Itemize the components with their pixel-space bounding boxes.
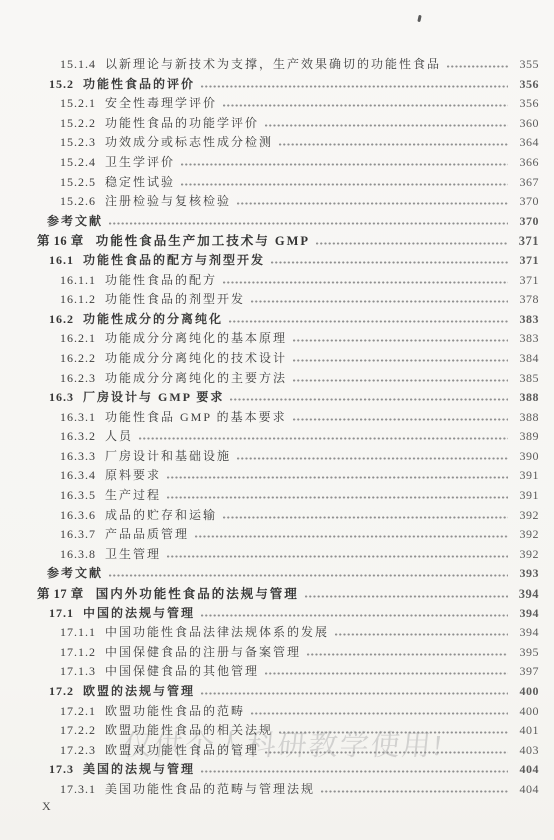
toc-entry: 15.2.4 卫生学评价 366 (0, 153, 554, 173)
dot-leader (265, 672, 508, 675)
toc-entry: 参考文献 370 (0, 212, 554, 232)
entry-number: 16.3.2 (60, 429, 96, 444)
entry-title: 功能成分分离纯化的技术设计 (105, 349, 287, 366)
dot-leader (109, 574, 508, 577)
entry-title: 功效成分或标志性成分检测 (105, 133, 273, 150)
footer-page-number: X (42, 799, 51, 814)
dot-leader (279, 731, 508, 734)
toc-entry: 15.2.6 注册检验与复核检验 370 (0, 192, 554, 212)
entry-page-number: 391 (513, 488, 539, 503)
entry-number: 15.2.3 (60, 135, 96, 150)
dot-leader (293, 359, 508, 362)
entry-number: 16.3.1 (60, 410, 96, 425)
entry-page-number: 392 (513, 508, 539, 523)
entry-number: 第 16 章 (37, 231, 84, 249)
dot-leader (195, 535, 508, 538)
toc-entry: 17.3 美国的法规与管理 404 (0, 760, 554, 780)
entry-number: 16.2.1 (60, 331, 96, 346)
entry-page-number: 404 (513, 762, 539, 777)
entry-title: 参考文献 (47, 212, 103, 229)
entry-number: 17.2.2 (60, 723, 96, 738)
dot-leader (223, 516, 508, 519)
entry-page-number: 392 (513, 547, 539, 562)
dot-leader (167, 555, 508, 558)
entry-number: 16.2.3 (60, 371, 96, 386)
entry-title: 美国功能性食品的范畴与管理法规 (105, 780, 315, 797)
entry-title: 国内外功能性食品的法规与管理 (96, 584, 299, 602)
dot-leader (181, 183, 508, 186)
dot-leader (293, 379, 508, 382)
entry-number: 16.1.2 (60, 292, 96, 307)
toc-entry: 16.2 功能性成分的分离纯化 383 (0, 310, 554, 330)
entry-page-number: 390 (513, 449, 539, 464)
entry-title: 功能性食品的配方与剂型开发 (83, 251, 265, 268)
entry-title: 功能性食品 GMP 的基本要求 (105, 408, 287, 425)
scan-artifact (417, 15, 421, 22)
toc-entry: 17.1.2 中国保健食品的注册与备案管理 395 (0, 643, 554, 663)
entry-number: 15.2 (49, 77, 74, 92)
toc-entry: 17.2.1 欧盟功能性食品的范畴 400 (0, 702, 554, 722)
toc-entry: 15.2.3 功效成分或标志性成分检测 364 (0, 133, 554, 153)
entry-page-number: 355 (513, 57, 539, 72)
entry-number: 16.1 (49, 253, 74, 268)
entry-title: 功能性食品的功能学评价 (105, 114, 259, 131)
entry-title: 产品品质管理 (105, 525, 189, 542)
dot-leader (223, 281, 508, 284)
dot-leader (181, 163, 508, 166)
toc-entry: 16.2.1 功能成分分离纯化的基本原理 383 (0, 329, 554, 349)
toc-entry: 第 16 章 功能性食品生产加工技术与 GMP 371 (0, 231, 554, 251)
dot-leader (139, 437, 508, 440)
entry-number: 16.1.1 (60, 273, 96, 288)
entry-title: 中国功能性食品法律法规体系的发展 (105, 623, 329, 640)
entry-title: 功能性食品生产加工技术与 GMP (96, 231, 310, 249)
toc-entry: 17.3.1 美国功能性食品的范畴与管理法规 404 (0, 780, 554, 800)
dot-leader (293, 418, 508, 421)
entry-page-number: 383 (513, 312, 539, 327)
dot-leader (201, 770, 508, 773)
entry-page-number: 397 (513, 664, 539, 679)
entry-page-number: 403 (513, 743, 539, 758)
entry-number: 15.2.2 (60, 116, 96, 131)
dot-leader (321, 790, 508, 793)
entry-title: 人员 (105, 427, 133, 444)
entry-number: 15.2.4 (60, 155, 96, 170)
entry-title: 中国保健食品的其他管理 (105, 662, 259, 679)
dot-leader (230, 398, 508, 401)
entry-title: 原料要求 (105, 466, 161, 483)
entry-page-number: 364 (513, 135, 539, 150)
entry-page-number: 367 (513, 175, 539, 190)
entry-page-number: 394 (513, 625, 539, 640)
entry-page-number: 370 (513, 194, 539, 209)
entry-page-number: 378 (513, 292, 539, 307)
entry-page-number: 395 (513, 645, 539, 660)
entry-title: 欧盟对功能性食品的管理 (105, 741, 259, 758)
toc-entry: 16.3.5 生产过程 391 (0, 486, 554, 506)
entry-title: 安全性毒理学评价 (105, 94, 217, 111)
entry-title: 注册检验与复核检验 (105, 192, 231, 209)
dot-leader (167, 476, 508, 479)
dot-leader (237, 457, 508, 460)
entry-number: 17.2 (49, 684, 74, 699)
entry-number: 16.3.8 (60, 547, 96, 562)
entry-number: 15.2.5 (60, 175, 96, 190)
entry-title: 成品的贮存和运输 (105, 506, 217, 523)
entry-number: 17.2.1 (60, 704, 96, 719)
dot-leader (307, 653, 508, 656)
entry-title: 稳定性试验 (105, 173, 175, 190)
entry-title: 卫生管理 (105, 545, 161, 562)
entry-title: 欧盟的法规与管理 (83, 682, 195, 699)
dot-leader (265, 751, 508, 754)
dot-leader (305, 595, 508, 598)
toc-entry: 16.2.2 功能成分分离纯化的技术设计 384 (0, 349, 554, 369)
entry-page-number: 400 (513, 704, 539, 719)
entry-page-number: 391 (513, 468, 539, 483)
entry-title: 功能性成分的分离纯化 (83, 310, 223, 327)
entry-number: 17.2.3 (60, 743, 96, 758)
toc-entry: 15.1.4 以新理论与新技术为支撑，生产效果确切的功能性食品 355 (0, 55, 554, 75)
entry-title: 功能成分分离纯化的基本原理 (105, 329, 287, 346)
entry-title: 厂房设计与 GMP 要求 (83, 388, 224, 405)
entry-title: 美国的法规与管理 (83, 760, 195, 777)
toc-entry: 16.3.3 厂房设计和基础设施 390 (0, 447, 554, 467)
entry-number: 16.3.3 (60, 449, 96, 464)
dot-leader (271, 261, 508, 264)
toc-entry: 15.2.1 安全性毒理学评价 356 (0, 94, 554, 114)
entry-page-number: 371 (513, 234, 539, 249)
dot-leader (279, 143, 508, 146)
entry-title: 功能性食品的配方 (105, 271, 217, 288)
entry-number: 17.3.1 (60, 782, 96, 797)
entry-number: 16.3.6 (60, 508, 96, 523)
toc-entry: 16.3.7 产品品质管理 392 (0, 525, 554, 545)
dot-leader (167, 496, 508, 499)
toc-entry: 15.2.2 功能性食品的功能学评价 360 (0, 114, 554, 134)
entry-page-number: 366 (513, 155, 539, 170)
dot-leader (109, 222, 508, 225)
entry-title: 功能成分分离纯化的主要方法 (105, 369, 287, 386)
entry-page-number: 394 (513, 587, 539, 602)
entry-number: 17.1.2 (60, 645, 96, 660)
entry-title: 参考文献 (47, 564, 103, 581)
entry-title: 生产过程 (105, 486, 161, 503)
entry-page-number: 385 (513, 371, 539, 386)
entry-number: 17.1 (49, 606, 74, 621)
entry-page-number: 356 (513, 77, 539, 92)
toc-entry: 第 17 章 国内外功能性食品的法规与管理 394 (0, 584, 554, 604)
dot-leader (223, 104, 508, 107)
entry-page-number: 371 (513, 253, 539, 268)
entry-number: 16.2.2 (60, 351, 96, 366)
entry-title: 欧盟功能性食品的范畴 (105, 702, 245, 719)
entry-page-number: 400 (513, 684, 539, 699)
entry-title: 厂房设计和基础设施 (105, 447, 231, 464)
toc-entry: 16.1 功能性食品的配方与剂型开发 371 (0, 251, 554, 271)
entry-page-number: 371 (513, 273, 539, 288)
entry-page-number: 360 (513, 116, 539, 131)
dot-leader (229, 320, 508, 323)
toc-entry: 17.1.1 中国功能性食品法律法规体系的发展 394 (0, 623, 554, 643)
dot-leader (316, 242, 508, 245)
dot-leader (293, 339, 508, 342)
entry-page-number: 389 (513, 429, 539, 444)
entry-number: 16.2 (49, 312, 74, 327)
entry-number: 16.3.5 (60, 488, 96, 503)
entry-number: 第 17 章 (37, 584, 84, 602)
dot-leader (447, 65, 508, 68)
toc-entry: 16.3.1 功能性食品 GMP 的基本要求 388 (0, 408, 554, 428)
toc-entry: 16.3.8 卫生管理 392 (0, 545, 554, 565)
entry-number: 15.2.6 (60, 194, 96, 209)
toc-entry: 参考文献 393 (0, 564, 554, 584)
entry-number: 17.1.1 (60, 625, 96, 640)
entry-page-number: 394 (513, 606, 539, 621)
entry-title: 以新理论与新技术为支撑，生产效果确切的功能性食品 (105, 55, 441, 72)
entry-number: 16.3.7 (60, 527, 96, 542)
toc-entry: 16.3.2 人员 389 (0, 427, 554, 447)
dot-leader (251, 712, 508, 715)
entry-page-number: 392 (513, 527, 539, 542)
toc-entry: 17.2.3 欧盟对功能性食品的管理 403 (0, 741, 554, 761)
entry-number: 17.1.3 (60, 664, 96, 679)
toc-entry: 16.3.6 成品的贮存和运输 392 (0, 506, 554, 526)
toc-entry: 16.3 厂房设计与 GMP 要求 388 (0, 388, 554, 408)
toc-entry: 17.1 中国的法规与管理 394 (0, 604, 554, 624)
toc-list: 15.1.4 以新理论与新技术为支撑，生产效果确切的功能性食品 355 15.2… (0, 55, 554, 800)
toc-entry: 16.1.2 功能性食品的剂型开发 378 (0, 290, 554, 310)
dot-leader (265, 124, 508, 127)
dot-leader (201, 614, 508, 617)
entry-page-number: 388 (513, 410, 539, 425)
toc-entry: 15.2 功能性食品的评价 356 (0, 75, 554, 95)
entry-number: 16.3.4 (60, 468, 96, 483)
entry-title: 功能性食品的评价 (83, 75, 195, 92)
entry-page-number: 401 (513, 723, 539, 738)
toc-entry: 17.1.3 中国保健食品的其他管理 397 (0, 662, 554, 682)
entry-page-number: 356 (513, 96, 539, 111)
dot-leader (251, 300, 508, 303)
entry-title: 卫生学评价 (105, 153, 175, 170)
toc-entry: 16.3.4 原料要求 391 (0, 466, 554, 486)
entry-title: 功能性食品的剂型开发 (105, 290, 245, 307)
entry-title: 中国的法规与管理 (83, 604, 195, 621)
entry-page-number: 388 (513, 390, 539, 405)
toc-entry: 17.2.2 欧盟功能性食品的相关法规 401 (0, 721, 554, 741)
entry-title: 中国保健食品的注册与备案管理 (105, 643, 301, 660)
entry-page-number: 384 (513, 351, 539, 366)
entry-title: 欧盟功能性食品的相关法规 (105, 721, 273, 738)
toc-entry: 16.2.3 功能成分分离纯化的主要方法 385 (0, 369, 554, 389)
dot-leader (201, 85, 508, 88)
toc-entry: 15.2.5 稳定性试验 367 (0, 173, 554, 193)
entry-page-number: 370 (513, 214, 539, 229)
toc-entry: 16.1.1 功能性食品的配方 371 (0, 271, 554, 291)
entry-number: 17.3 (49, 762, 74, 777)
entry-page-number: 383 (513, 331, 539, 346)
dot-leader (237, 202, 508, 205)
entry-page-number: 393 (513, 566, 539, 581)
entry-number: 16.3 (49, 390, 74, 405)
dot-leader (201, 692, 508, 695)
entry-page-number: 404 (513, 782, 539, 797)
dot-leader (335, 633, 508, 636)
entry-number: 15.1.4 (60, 57, 96, 72)
toc-entry: 17.2 欧盟的法规与管理 400 (0, 682, 554, 702)
entry-number: 15.2.1 (60, 96, 96, 111)
